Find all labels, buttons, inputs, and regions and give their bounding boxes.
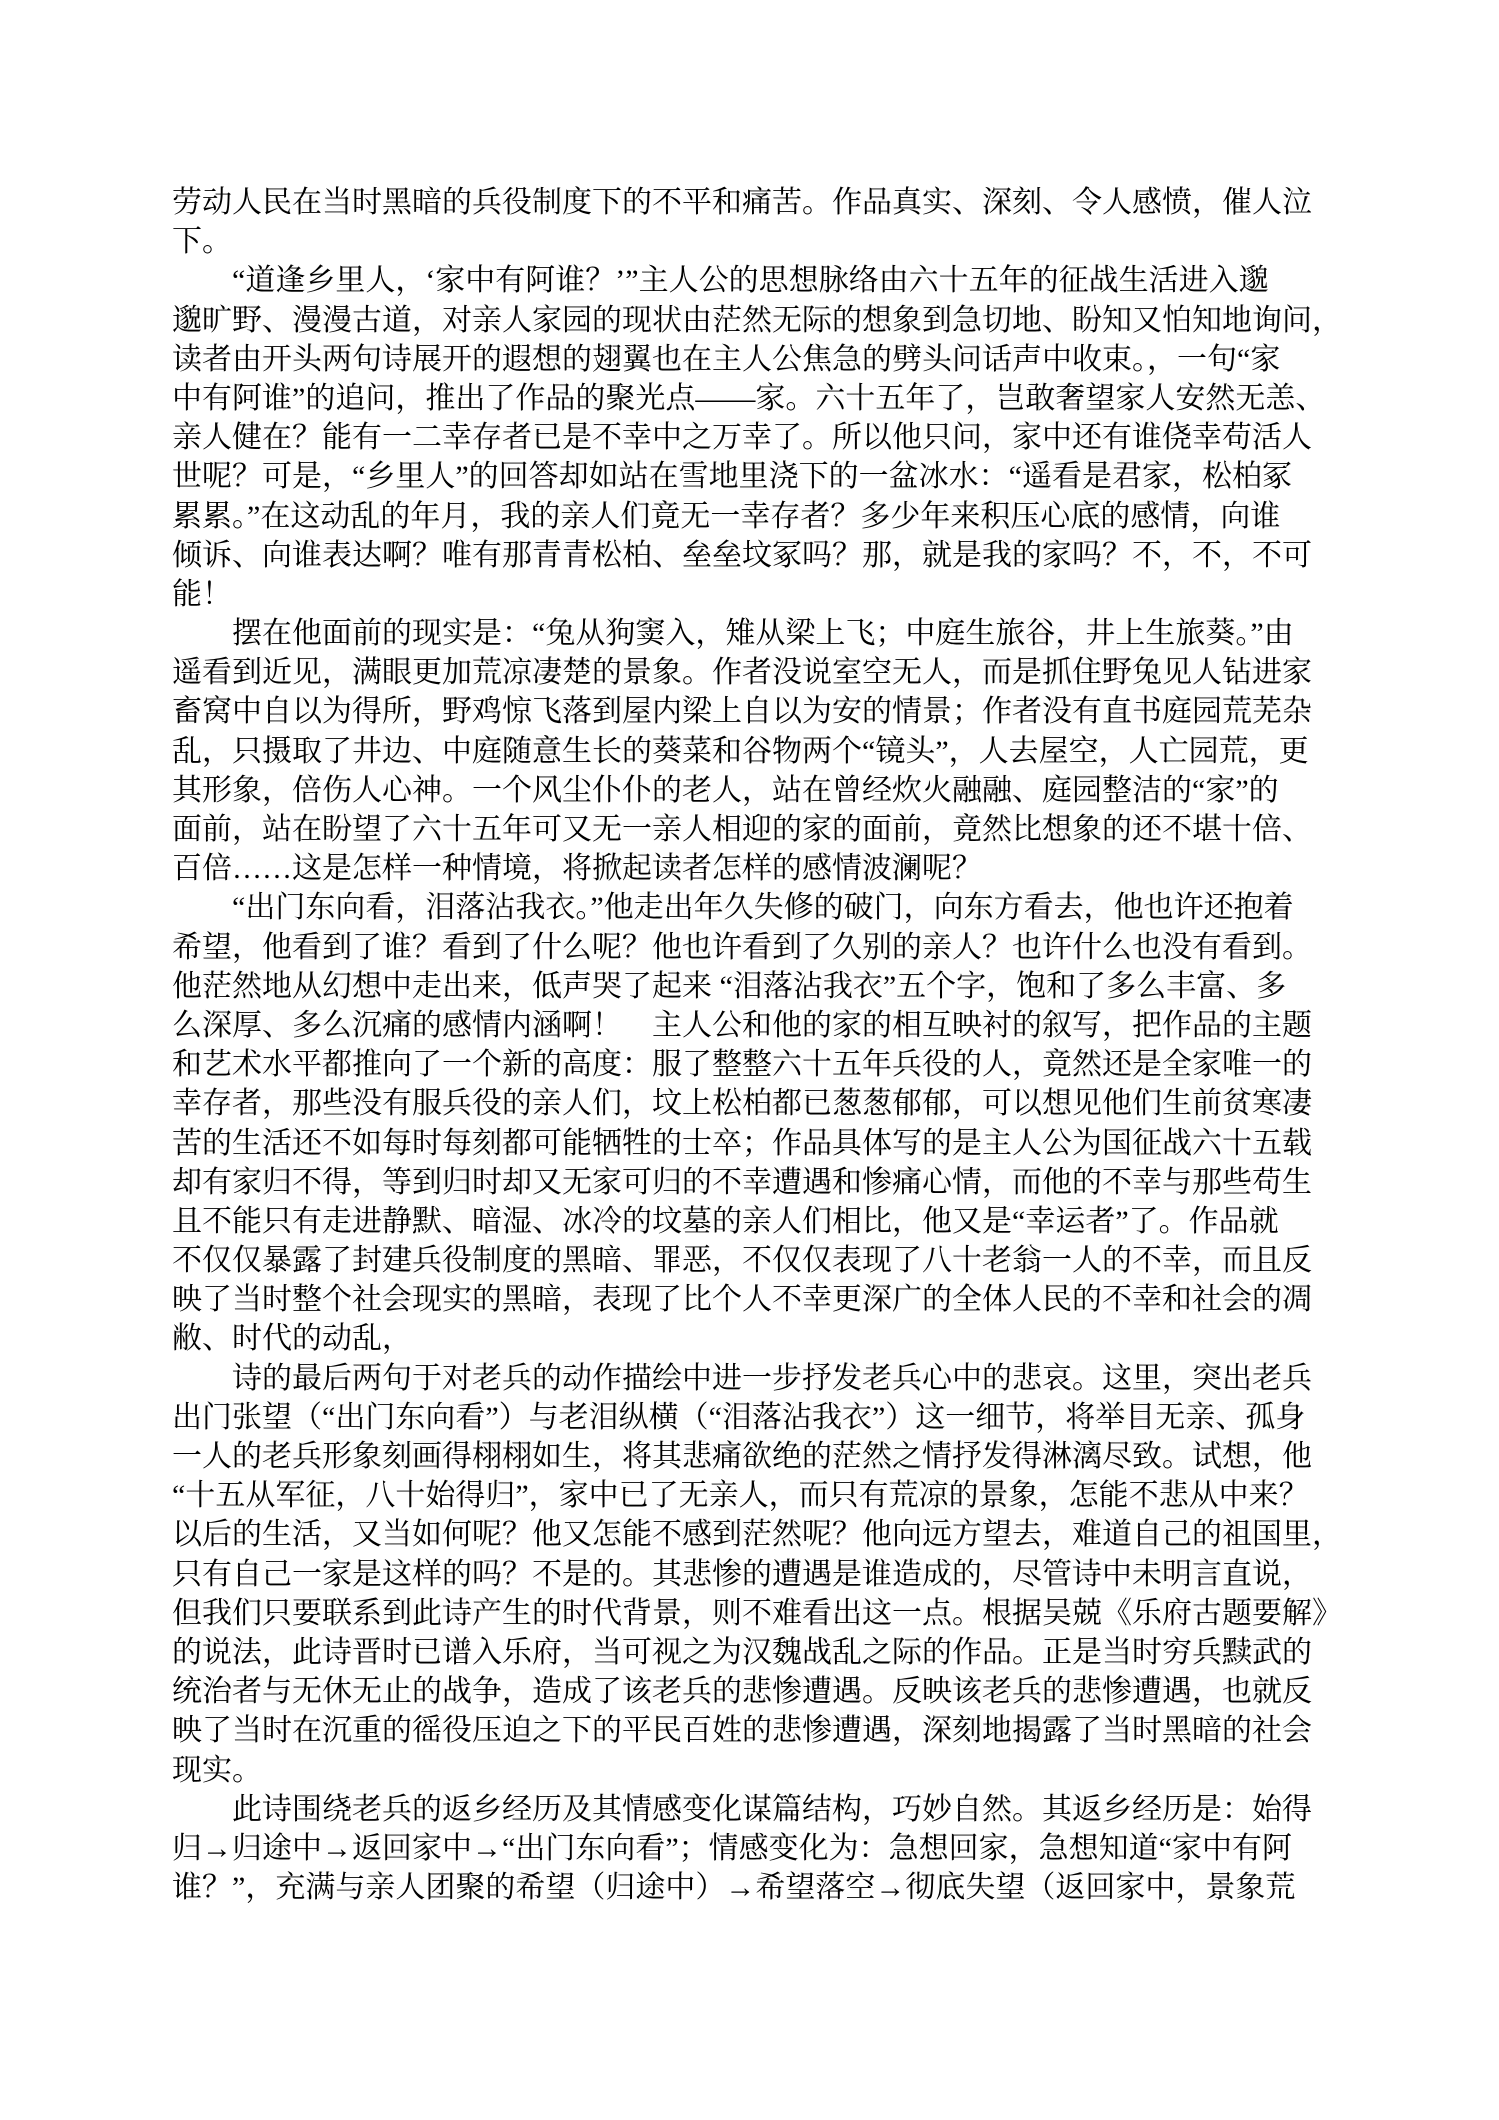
text-line: 以后的生活，又当如何呢？他又怎能不感到茫然呢？他向远方望去，难道自己的祖国里，	[172, 1515, 1352, 1554]
text-line: 么深厚、多么沉痛的感情内涵啊！ 主人公和他的家的相互映衬的叙写，把作品的主题	[172, 1006, 1352, 1045]
text-line: 苦的生活还不如每时每刻都可能牺牲的士卒；作品具体写的是主人公为国征战六十五载	[172, 1124, 1352, 1163]
text-line: 读者由开头两句诗展开的遐想的翅翼也在主人公焦急的劈头问话声中收束。，一句“家	[172, 340, 1352, 379]
text-line: “十五从军征，八十始得归”，家中已了无亲人，而只有荒凉的景象，怎能不悲从中来？	[172, 1476, 1352, 1515]
text-line: 遥看到近见，满眼更加荒凉凄楚的景象。作者没说室空无人，而是抓住野兔见人钻进家	[172, 653, 1352, 692]
text-line: 他茫然地从幻想中走出来，低声哭了起来 “泪落沾我衣”五个字，饱和了多么丰富、多	[172, 967, 1352, 1006]
text-line: 劳动人民在当时黑暗的兵役制度下的不平和痛苦。作品真实、深刻、令人感愤，催人泣	[172, 183, 1352, 222]
text-line: 其形象，倍伤人心神。一个风尘仆仆的老人，站在曾经炊火融融、庭园整洁的“家”的	[172, 771, 1352, 810]
text-line: 现实。	[172, 1751, 1352, 1790]
text-line: 且不能只有走进静默、暗湿、冰冷的坟墓的亲人们相比，他又是“幸运者”了。作品就	[172, 1202, 1352, 1241]
text-line: 映了当时在沉重的徭役压迫之下的平民百姓的悲惨遭遇，深刻地揭露了当时黑暗的社会	[172, 1711, 1352, 1750]
text-line: 中有阿谁”的追问，推出了作品的聚光点——家。六十五年了，岂敢奢望家人安然无恙、	[172, 379, 1352, 418]
text-line: 世呢？可是，“乡里人”的回答却如站在雪地里浇下的一盆冰水：“遥看是君家，松柏冢	[172, 457, 1352, 496]
text-line: 归→归途中→返回家中→“出门东向看”；情感变化为：急想回家，急想知道“家中有阿	[172, 1829, 1352, 1868]
text-line: “道逢乡里人，‘家中有阿谁？’”主人公的思想脉络由六十五年的征战生活进入邈	[172, 261, 1352, 300]
text-line: 面前，站在盼望了六十五年可又无一亲人相迎的家的面前，竟然比想象的还不堪十倍、	[172, 810, 1352, 849]
text-line: 映了当时整个社会现实的黑暗，表现了比个人不幸更深广的全体人民的不幸和社会的凋	[172, 1280, 1352, 1319]
text-line: 却有家归不得，等到归时却又无家可归的不幸遭遇和惨痛心情，而他的不幸与那些苟生	[172, 1163, 1352, 1202]
text-line: 乱，只摄取了井边、中庭随意生长的葵菜和谷物两个“镜头”，人去屋空，人亡园荒，更	[172, 732, 1352, 771]
text-line: 倾诉、向谁表达啊？唯有那青青松柏、垒垒坟冢吗？那，就是我的家吗？不，不，不可	[172, 536, 1352, 575]
text-line: 畜窝中自以为得所，野鸡惊飞落到屋内梁上自以为安的情景；作者没有直书庭园荒芜杂	[172, 692, 1352, 731]
text-line: 百倍……这是怎样一种情境，将掀起读者怎样的感情波澜呢？	[172, 849, 1352, 888]
text-line: 只有自己一家是这样的吗？不是的。其悲惨的遭遇是谁造成的，尽管诗中未明言直说，	[172, 1555, 1352, 1594]
text-line: 此诗围绕老兵的返乡经历及其情感变化谋篇结构，巧妙自然。其返乡经历是：始得	[172, 1790, 1352, 1829]
text-line: 下。	[172, 222, 1352, 261]
text-line: 的说法，此诗晋时已谱入乐府，当可视之为汉魏战乱之际的作品。正是当时穷兵黩武的	[172, 1633, 1352, 1672]
text-line: 敝、时代的动乱，	[172, 1319, 1352, 1358]
text-line: “出门东向看，泪落沾我衣。”他走出年久失修的破门，向东方看去，他也许还抱着	[172, 888, 1352, 927]
text-line: 幸存者，那些没有服兵役的亲人们，坟上松柏都已葱葱郁郁，可以想见他们生前贫寒凄	[172, 1084, 1352, 1123]
text-line: 能！	[172, 575, 1352, 614]
text-line: 和艺术水平都推向了一个新的高度：服了整整六十五年兵役的人，竟然还是全家唯一的	[172, 1045, 1352, 1084]
text-line: 出门张望（“出门东向看”）与老泪纵横（“泪落沾我衣”）这一细节，将举目无亲、孤身	[172, 1398, 1352, 1437]
text-line: 累累。”在这动乱的年月，我的亲人们竟无一幸存者？多少年来积压心底的感情，向谁	[172, 497, 1352, 536]
text-block: 劳动人民在当时黑暗的兵役制度下的不平和痛苦。作品真实、深刻、令人感愤，催人泣下。…	[172, 183, 1352, 1907]
text-line: 摆在他面前的现实是：“兔从狗窦入，雉从梁上飞；中庭生旅谷，井上生旅葵。”由	[172, 614, 1352, 653]
text-line: 不仅仅暴露了封建兵役制度的黑暗、罪恶，不仅仅表现了八十老翁一人的不幸，而且反	[172, 1241, 1352, 1280]
document-page: 劳动人民在当时黑暗的兵役制度下的不平和痛苦。作品真实、深刻、令人感愤，催人泣下。…	[0, 0, 1499, 2120]
text-line: 一人的老兵形象刻画得栩栩如生，将其悲痛欲绝的茫然之情抒发得淋漓尽致。试想，他	[172, 1437, 1352, 1476]
text-line: 统治者与无休无止的战争，造成了该老兵的悲惨遭遇。反映该老兵的悲惨遭遇，也就反	[172, 1672, 1352, 1711]
text-line: 谁？”，充满与亲人团聚的希望（归途中）→希望落空→彻底失望（返回家中，景象荒	[172, 1868, 1352, 1907]
text-line: 希望，他看到了谁？看到了什么呢？他也许看到了久别的亲人？也许什么也没有看到。	[172, 928, 1352, 967]
text-line: 诗的最后两句于对老兵的动作描绘中进一步抒发老兵心中的悲哀。这里，突出老兵	[172, 1359, 1352, 1398]
text-line: 邈旷野、漫漫古道，对亲人家园的现状由茫然无际的想象到急切地、盼知又怕知地询问，	[172, 301, 1352, 340]
text-line: 亲人健在？能有一二幸存者已是不幸中之万幸了。所以他只问，家中还有谁侥幸苟活人	[172, 418, 1352, 457]
text-line: 但我们只要联系到此诗产生的时代背景，则不难看出这一点。根据吴兢《乐府古题要解》	[172, 1594, 1352, 1633]
